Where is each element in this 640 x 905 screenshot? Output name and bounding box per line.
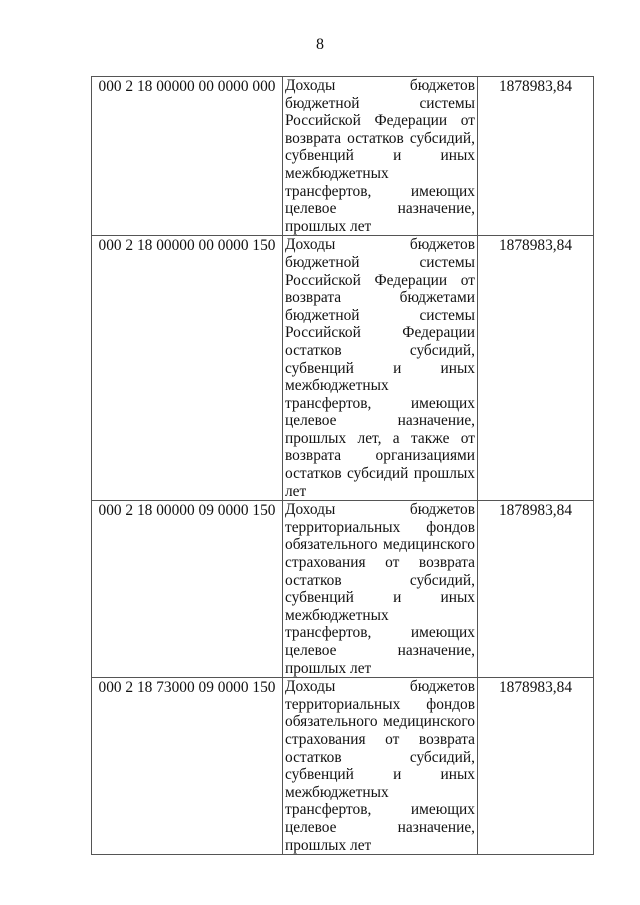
budget-classification-code: 000 2 18 00000 09 0000 150 <box>92 501 283 678</box>
income-description: Доходы бюджетов бюджетной системы Россий… <box>283 77 478 236</box>
page-number: 8 <box>0 36 640 54</box>
income-description: Доходы бюджетов территориальных фондов о… <box>283 678 478 855</box>
income-amount: 1878983,84 <box>478 77 594 236</box>
budget-classification-code: 000 2 18 00000 00 0000 000 <box>92 77 283 236</box>
budget-income-table: 000 2 18 00000 00 0000 000 Доходы бюджет… <box>91 76 594 855</box>
budget-classification-code: 000 2 18 00000 00 0000 150 <box>92 236 283 501</box>
income-description: Доходы бюджетов территориальных фондов о… <box>283 501 478 678</box>
income-amount: 1878983,84 <box>478 501 594 678</box>
budget-classification-code: 000 2 18 73000 09 0000 150 <box>92 678 283 855</box>
table-row: 000 2 18 00000 00 0000 150 Доходы бюджет… <box>92 236 594 501</box>
table-row: 000 2 18 00000 09 0000 150 Доходы бюджет… <box>92 501 594 678</box>
income-amount: 1878983,84 <box>478 236 594 501</box>
income-amount: 1878983,84 <box>478 678 594 855</box>
income-description: Доходы бюджетов бюджетной системы Россий… <box>283 236 478 501</box>
table-row: 000 2 18 73000 09 0000 150 Доходы бюджет… <box>92 678 594 855</box>
table-row: 000 2 18 00000 00 0000 000 Доходы бюджет… <box>92 77 594 236</box>
